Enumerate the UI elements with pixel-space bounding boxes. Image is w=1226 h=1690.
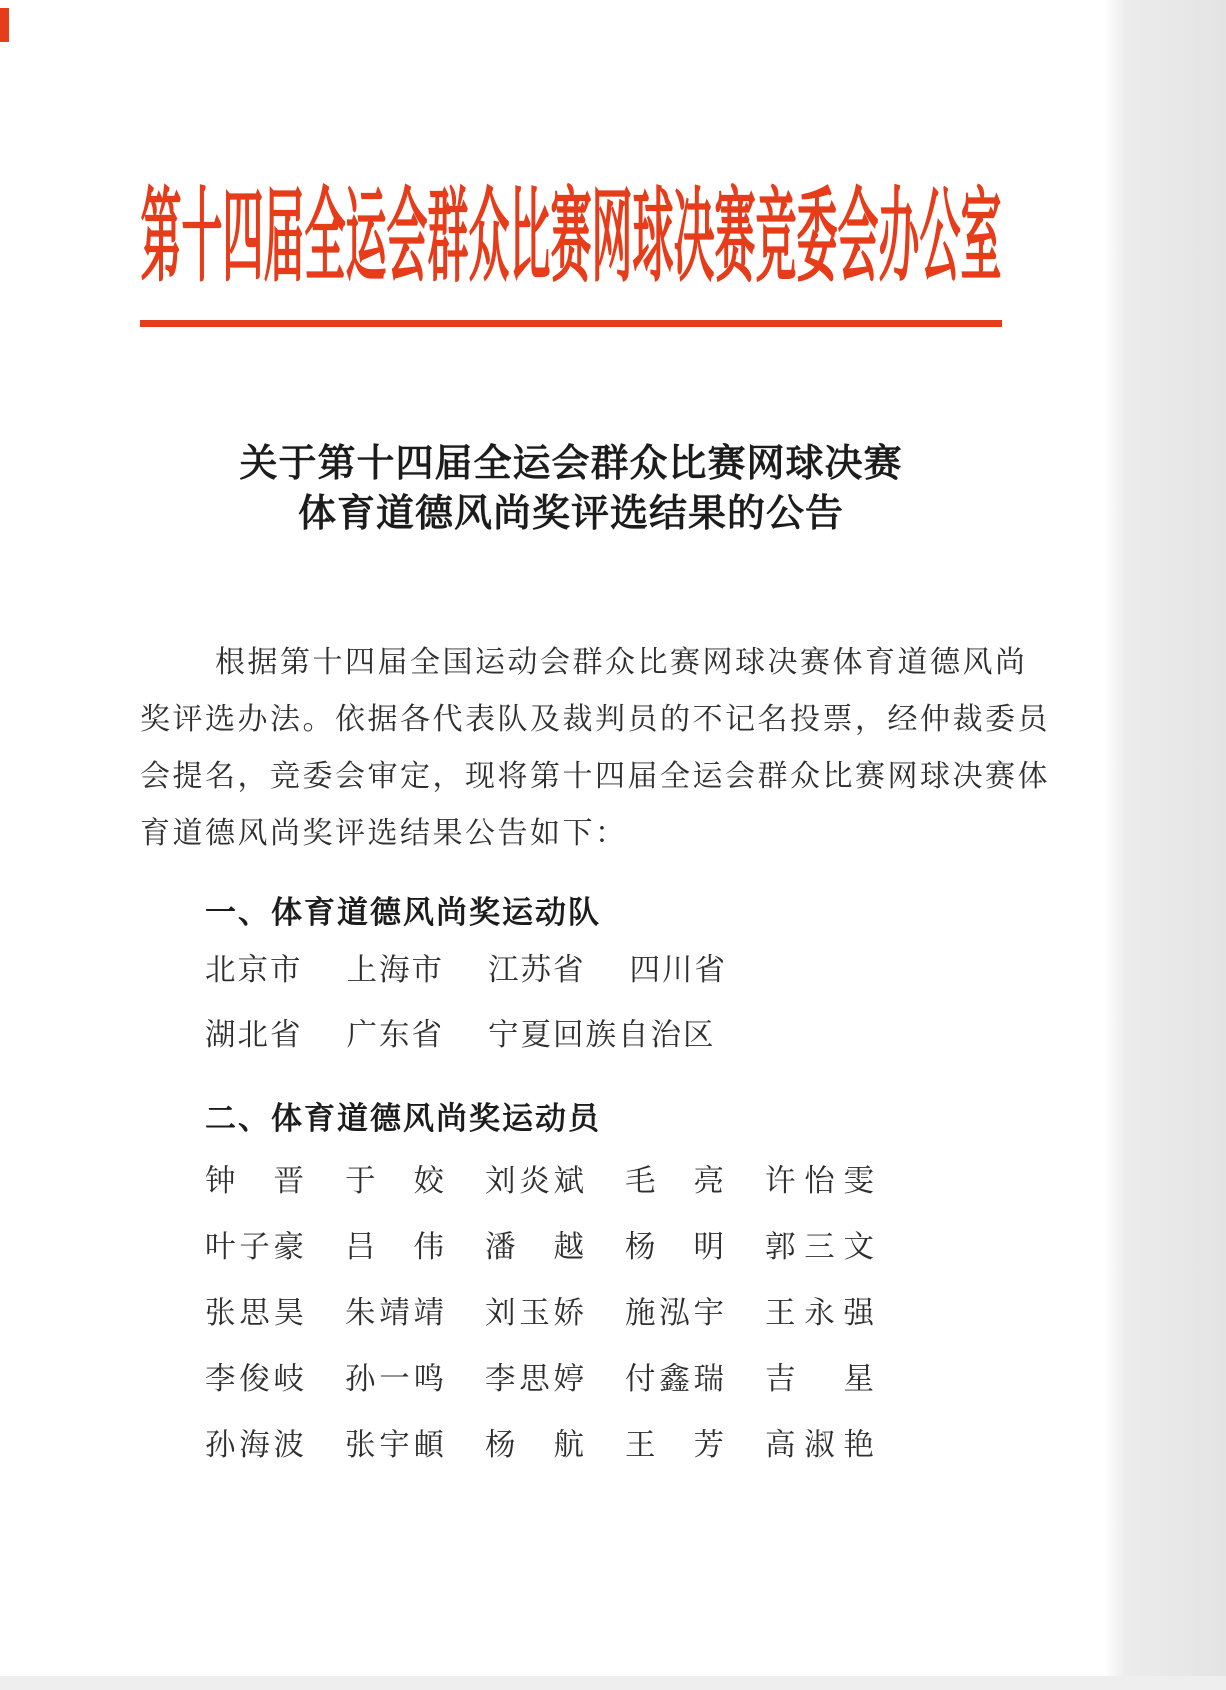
letterhead-divider	[140, 320, 1002, 327]
player-name: 付鑫瑞	[625, 1358, 725, 1400]
player-name: 吕 伟	[345, 1226, 445, 1268]
player-name: 孙一鸣	[345, 1358, 445, 1400]
letterhead-title: 第十四届全运会群众比赛网球决赛竞委会办公室	[141, 154, 1002, 302]
team-name: 江苏省	[488, 938, 586, 1003]
body-line-1: 根据第十四届全国运动会群众比赛网球决赛体育道德风尚	[140, 634, 1002, 691]
team-name: 上海市	[347, 938, 445, 1003]
player-name: 孙海波	[205, 1424, 305, 1466]
scan-corner-mark	[0, 8, 9, 42]
player-name: 郭三文	[765, 1226, 875, 1268]
team-row-1: 北京市 上海市 江苏省 四川省	[205, 938, 1002, 1003]
player-name: 施泓宇	[625, 1292, 725, 1334]
scan-edge-bottom	[0, 1676, 1226, 1690]
body-line-4: 育道德风尚奖评选结果公告如下：	[140, 805, 1002, 862]
players-grid: 钟 晋 于 姣 刘炎斌 毛 亮 许怡雯 叶子豪 吕 伟 潘 越 杨 明 郭三文 …	[205, 1160, 1002, 1466]
player-name: 毛 亮	[625, 1160, 725, 1202]
document-title-line1: 关于第十四届全运会群众比赛网球决赛	[140, 439, 1002, 489]
team-name: 广东省	[347, 1003, 445, 1068]
team-name: 四川省	[630, 938, 728, 1003]
team-name: 北京市	[205, 938, 303, 1003]
body-line-2: 奖评选办法。依据各代表队及裁判员的不记名投票，经仲裁委员	[140, 691, 1002, 748]
player-name: 王 芳	[625, 1424, 725, 1466]
player-name: 杨 航	[485, 1424, 585, 1466]
player-name: 许怡雯	[765, 1160, 875, 1202]
document-page: 第十四届全运会群众比赛网球决赛竞委会办公室 关于第十四届全运会群众比赛网球决赛 …	[0, 0, 1226, 1690]
section2-heading: 二、体育道德风尚奖运动员	[205, 1094, 1002, 1144]
team-name: 湖北省	[205, 1003, 303, 1068]
scan-edge-right	[1104, 0, 1226, 1690]
player-name: 高淑艳	[765, 1424, 875, 1466]
player-name: 王永强	[765, 1292, 875, 1334]
player-name: 叶子豪	[205, 1226, 305, 1268]
player-name: 张思昊	[205, 1292, 305, 1334]
document-title-line2: 体育道德风尚奖评选结果的公告	[140, 489, 1002, 539]
player-name: 于 姣	[345, 1160, 445, 1202]
team-row-2: 湖北省 广东省 宁夏回族自治区	[205, 1003, 1002, 1068]
player-name: 刘炎斌	[485, 1160, 585, 1202]
player-name: 张宇頔	[345, 1424, 445, 1466]
player-name: 刘玉娇	[485, 1292, 585, 1334]
body-paragraph: 根据第十四届全国运动会群众比赛网球决赛体育道德风尚 奖评选办法。依据各代表队及裁…	[140, 634, 1002, 862]
player-name: 钟 晋	[205, 1160, 305, 1202]
letterhead: 第十四届全运会群众比赛网球决赛竞委会办公室	[140, 155, 1002, 300]
body-line-3: 会提名，竞委会审定，现将第十四届全运会群众比赛网球决赛体	[140, 748, 1002, 805]
section1-heading: 一、体育道德风尚奖运动队	[205, 888, 1002, 938]
player-name: 李俊岐	[205, 1358, 305, 1400]
player-name: 吉 星	[765, 1358, 875, 1400]
player-name: 潘 越	[485, 1226, 585, 1268]
team-name: 宁夏回族自治区	[488, 1003, 716, 1068]
document-title: 关于第十四届全运会群众比赛网球决赛 体育道德风尚奖评选结果的公告	[140, 439, 1002, 539]
player-name: 朱靖靖	[345, 1292, 445, 1334]
player-name: 李思婷	[485, 1358, 585, 1400]
player-name: 杨 明	[625, 1226, 725, 1268]
document-content: 第十四届全运会群众比赛网球决赛竞委会办公室 关于第十四届全运会群众比赛网球决赛 …	[140, 0, 1002, 1466]
